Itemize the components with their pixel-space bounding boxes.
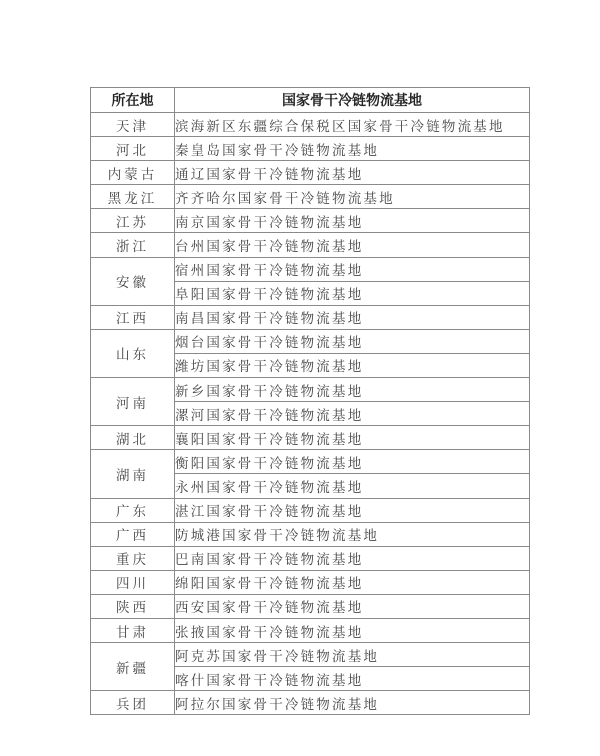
table-body: 天津滨海新区东疆综合保税区国家骨干冷链物流基地河北秦皇岛国家骨干冷链物流基地内蒙… <box>91 113 530 715</box>
table-row: 山东烟台国家骨干冷链物流基地 <box>91 329 530 353</box>
location-cell: 四川 <box>91 570 175 594</box>
base-name-cell: 襄阳国家骨干冷链物流基地 <box>175 426 530 450</box>
table-row: 四川绵阳国家骨干冷链物流基地 <box>91 570 530 594</box>
location-cell: 安徽 <box>91 257 175 305</box>
location-cell: 重庆 <box>91 546 175 570</box>
base-name-cell: 巴南国家骨干冷链物流基地 <box>175 546 530 570</box>
cold-chain-base-table: 所在地 国家骨干冷链物流基地 天津滨海新区东疆综合保税区国家骨干冷链物流基地河北… <box>90 87 530 715</box>
table-row: 江西南昌国家骨干冷链物流基地 <box>91 305 530 329</box>
base-name-cell: 南昌国家骨干冷链物流基地 <box>175 305 530 329</box>
base-name-cell: 滨海新区东疆综合保税区国家骨干冷链物流基地 <box>175 113 530 137</box>
location-cell: 内蒙古 <box>91 161 175 185</box>
base-name-cell: 新乡国家骨干冷链物流基地 <box>175 378 530 402</box>
base-name-cell: 湛江国家骨干冷链物流基地 <box>175 498 530 522</box>
location-cell: 河北 <box>91 137 175 161</box>
header-base-name: 国家骨干冷链物流基地 <box>175 88 530 113</box>
location-cell: 广东 <box>91 498 175 522</box>
location-cell: 湖北 <box>91 426 175 450</box>
location-cell: 浙江 <box>91 233 175 257</box>
table-row: 浙江台州国家骨干冷链物流基地 <box>91 233 530 257</box>
table-row: 江苏南京国家骨干冷链物流基地 <box>91 209 530 233</box>
table-row: 安徽宿州国家骨干冷链物流基地 <box>91 257 530 281</box>
table-row: 湖北襄阳国家骨干冷链物流基地 <box>91 426 530 450</box>
location-cell: 江西 <box>91 305 175 329</box>
table-row: 广东湛江国家骨干冷链物流基地 <box>91 498 530 522</box>
base-name-cell: 绵阳国家骨干冷链物流基地 <box>175 570 530 594</box>
base-name-cell: 齐齐哈尔国家骨干冷链物流基地 <box>175 185 530 209</box>
base-name-cell: 衡阳国家骨干冷链物流基地 <box>175 450 530 474</box>
base-name-cell: 阜阳国家骨干冷链物流基地 <box>175 281 530 305</box>
table-row: 广西防城港国家骨干冷链物流基地 <box>91 522 530 546</box>
base-name-cell: 南京国家骨干冷链物流基地 <box>175 209 530 233</box>
table-row: 河北秦皇岛国家骨干冷链物流基地 <box>91 137 530 161</box>
table-row: 内蒙古通辽国家骨干冷链物流基地 <box>91 161 530 185</box>
location-cell: 湖南 <box>91 450 175 498</box>
table-row: 兵团阿拉尔国家骨干冷链物流基地 <box>91 691 530 715</box>
base-name-cell: 烟台国家骨干冷链物流基地 <box>175 329 530 353</box>
table-row: 天津滨海新区东疆综合保税区国家骨干冷链物流基地 <box>91 113 530 137</box>
location-cell: 山东 <box>91 329 175 377</box>
base-name-cell: 防城港国家骨干冷链物流基地 <box>175 522 530 546</box>
base-name-cell: 西安国家骨干冷链物流基地 <box>175 594 530 618</box>
location-cell: 江苏 <box>91 209 175 233</box>
base-name-cell: 潍坊国家骨干冷链物流基地 <box>175 353 530 377</box>
base-name-cell: 阿拉尔国家骨干冷链物流基地 <box>175 691 530 715</box>
location-cell: 陕西 <box>91 594 175 618</box>
location-cell: 天津 <box>91 113 175 137</box>
base-name-cell: 秦皇岛国家骨干冷链物流基地 <box>175 137 530 161</box>
base-name-cell: 通辽国家骨干冷链物流基地 <box>175 161 530 185</box>
table-header-row: 所在地 国家骨干冷链物流基地 <box>91 88 530 113</box>
table-row: 湖南衡阳国家骨干冷链物流基地 <box>91 450 530 474</box>
base-name-cell: 宿州国家骨干冷链物流基地 <box>175 257 530 281</box>
base-name-cell: 永州国家骨干冷链物流基地 <box>175 474 530 498</box>
location-cell: 兵团 <box>91 691 175 715</box>
base-name-cell: 台州国家骨干冷链物流基地 <box>175 233 530 257</box>
table-row: 陕西西安国家骨干冷链物流基地 <box>91 594 530 618</box>
base-name-cell: 漯河国家骨干冷链物流基地 <box>175 402 530 426</box>
location-cell: 黑龙江 <box>91 185 175 209</box>
table-row: 新疆阿克苏国家骨干冷链物流基地 <box>91 643 530 667</box>
table-row: 甘肃张掖国家骨干冷链物流基地 <box>91 618 530 642</box>
base-name-cell: 阿克苏国家骨干冷链物流基地 <box>175 643 530 667</box>
table-row: 黑龙江齐齐哈尔国家骨干冷链物流基地 <box>91 185 530 209</box>
base-name-cell: 喀什国家骨干冷链物流基地 <box>175 667 530 691</box>
location-cell: 甘肃 <box>91 618 175 642</box>
location-cell: 河南 <box>91 378 175 426</box>
header-location: 所在地 <box>91 88 175 113</box>
table-row: 河南新乡国家骨干冷链物流基地 <box>91 378 530 402</box>
location-cell: 广西 <box>91 522 175 546</box>
base-name-cell: 张掖国家骨干冷链物流基地 <box>175 618 530 642</box>
table-row: 重庆巴南国家骨干冷链物流基地 <box>91 546 530 570</box>
location-cell: 新疆 <box>91 643 175 691</box>
